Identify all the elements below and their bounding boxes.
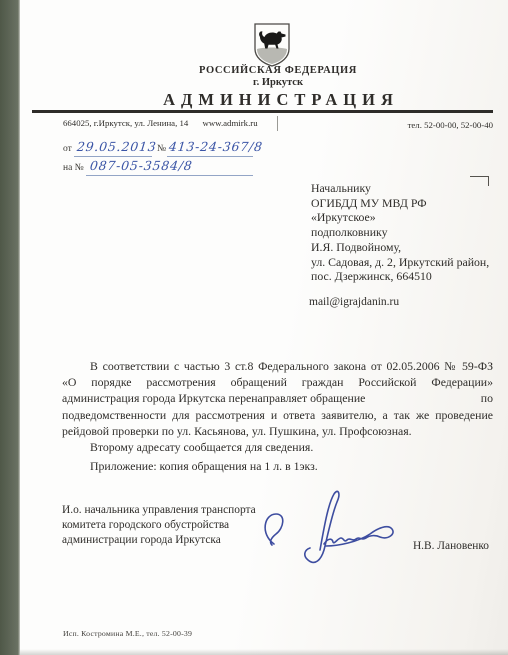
letterhead-org-title: АДМИНИСТРАЦИЯ: [63, 90, 493, 110]
ref-number-handwritten: 413-24-367/8: [168, 139, 263, 154]
org-phone: тел. 52-00-00, 52-00-40: [408, 120, 493, 130]
irkutsk-coat-of-arms-icon: [252, 22, 292, 68]
body-line: подведомственности для рассмотрения и от…: [62, 407, 493, 423]
letterhead-country: РОССИЙСКАЯ ФЕДЕРАЦИЯ: [63, 65, 493, 76]
recipient-line: Начальнику: [311, 181, 489, 196]
scan-edge-strip: [0, 0, 20, 655]
ref-reply-underline: [86, 175, 253, 176]
recipient-block: Начальнику ОГИБДД МУ МВД РФ «Иркутское» …: [311, 181, 489, 284]
ref-number-label: №: [157, 144, 166, 154]
body-line: рейдовой проверки по ул. Касьянова, ул. …: [62, 423, 493, 439]
body-line-with-redaction: администрация города Иркутска перенаправ…: [62, 390, 493, 406]
recipient-line: ул. Садовая, д. 2, Иркутский район,: [311, 255, 489, 270]
recipient-line: «Иркутское»: [311, 210, 489, 225]
recipient-line: ОГИБДД МУ МВД РФ: [311, 196, 489, 211]
letter-body: В соответствии с частью 3 ст.8 Федеральн…: [62, 358, 493, 455]
letterhead-city: г. Иркутск: [63, 77, 493, 88]
address-phone-separator: [277, 116, 278, 131]
attachment-note: Приложение: копия обращения на 1 л. в 1э…: [62, 459, 508, 474]
scan-bottom-shadow: [20, 649, 508, 655]
body-line-segment: по: [481, 390, 493, 406]
recipient-line: подполковнику: [311, 225, 489, 240]
body-line: В соответствии с частью 3 ст.8 Федеральн…: [62, 358, 493, 374]
ref-date-handwritten: 29.05.2013: [76, 139, 157, 154]
recipient-line: пос. Дзержинск, 664510: [311, 269, 489, 284]
body-line-segment: администрация города Иркутска перенаправ…: [62, 390, 365, 406]
ref-reply-label: на №: [63, 163, 84, 173]
ref-date-underline: [74, 156, 152, 157]
org-website: www.admirk.ru: [202, 118, 257, 128]
signer-position-line: комитета городского обустройства: [62, 518, 256, 533]
scanned-letter: РОССИЙСКАЯ ФЕДЕРАЦИЯ г. Иркутск АДМИНИСТ…: [0, 0, 508, 655]
letterhead-address-line: 664025, г.Иркутск, ул. Ленина, 14 www.ad…: [63, 118, 258, 128]
ref-from-label: от: [63, 144, 72, 154]
ref-number-underline: [167, 156, 253, 157]
org-postal-address: 664025, г.Иркутск, ул. Ленина, 14: [63, 118, 188, 128]
executor-note: Исп. Костромина М.Е., тел. 52-00-39: [63, 629, 192, 638]
body-paragraph-2: Второму адресату сообщается для сведения…: [62, 439, 493, 455]
letterhead-divider: [32, 110, 493, 113]
signature-autograph: [258, 488, 408, 570]
signer-position-line: И.о. начальника управления транспорта: [62, 503, 256, 518]
recipient-email: mail@igrajdanin.ru: [309, 296, 399, 308]
signer-name: Н.В. Лановенко: [413, 540, 489, 552]
signer-position-line: администрации города Иркутска: [62, 533, 256, 548]
recipient-line: И.Я. Подвойному,: [311, 240, 489, 255]
body-line: «О порядке рассмотрения обращений гражда…: [62, 374, 493, 390]
ref-reply-handwritten: 087-05-3584/8: [89, 158, 193, 173]
signer-position-block: И.о. начальника управления транспорта ко…: [62, 503, 256, 549]
